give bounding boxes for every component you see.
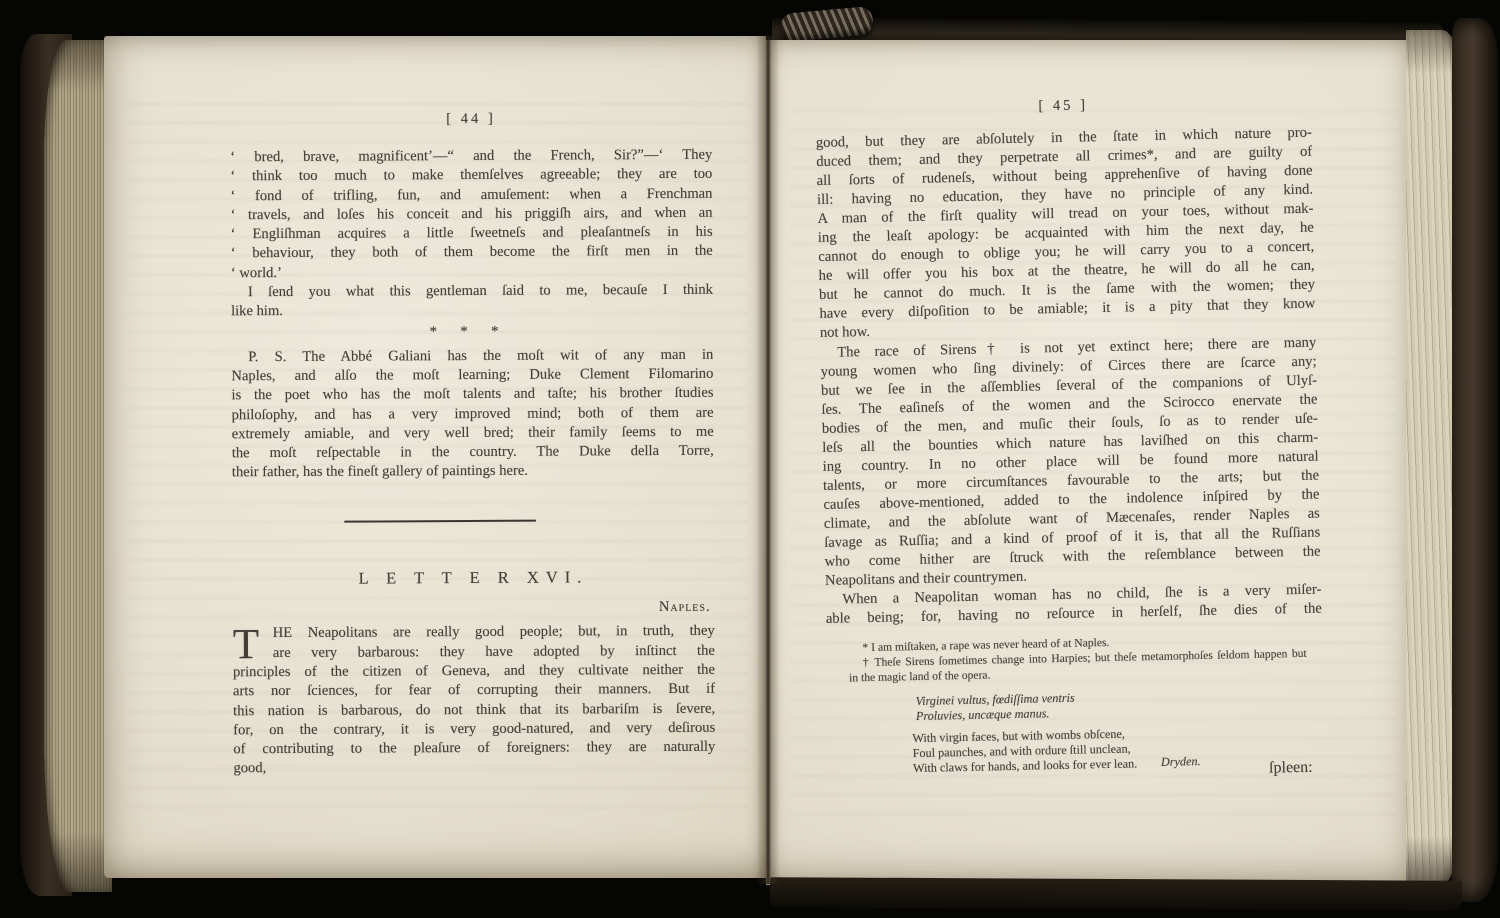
left-page-text: [ 44 ] ‘ bred, brave, magnificent’—“ and…	[230, 109, 715, 779]
text-line: this nation is barbarous, do not think t…	[233, 699, 715, 721]
text-line: for, on the contrary, it is very good-na…	[233, 719, 715, 741]
text-line: their father, has the fineſt gallery of …	[232, 461, 714, 483]
right-page-text: [ 45 ] good, but they are abſolutely in …	[815, 90, 1325, 778]
text-line: arts nor ſciences, for fear of corruptin…	[233, 680, 715, 702]
quoted-speech-paragraph: ‘ bred, brave, magnificent’—“ and the Fr…	[230, 146, 713, 322]
section-rule	[344, 519, 536, 522]
text-line: principles of the citizen of Geneva, and…	[233, 661, 715, 683]
text-line: P. S. The Abbé Galiani has the moſt wit …	[231, 345, 713, 367]
dateline-naples: Naples.	[233, 598, 715, 620]
latin-verse: Virginei vultus, fœdiſſima ventrisProluv…	[915, 685, 1324, 724]
text-line: ‘ bred, brave, magnificent’—“ and the Fr…	[230, 146, 712, 168]
right-cover-edge	[1452, 18, 1498, 902]
page-number-left: [ 44 ]	[230, 109, 712, 134]
letter-body-paragraphs: good, but they are abſolutely in the ſta…	[816, 124, 1322, 629]
text-line: philoſophy, and has a very improved mind…	[232, 403, 714, 425]
text-line: ‘ fond of trifling, fun, and amuſement: …	[230, 184, 712, 206]
letter-opening-paragraph: T HE Neapolitans are really good people;…	[233, 622, 716, 760]
text-line: of contributing to the pleaſure of forei…	[233, 738, 715, 760]
catchword-right: ſpleen:	[1269, 758, 1313, 778]
text-line: are very barbarous: they have adopted by…	[233, 641, 715, 663]
book-gutter	[756, 36, 780, 884]
left-fore-edge-page-stack	[44, 40, 112, 892]
verse-attribution: Dryden.	[1161, 754, 1201, 770]
text-line: ‘ Engliſhman acquires a little ſweetneſs…	[231, 223, 713, 245]
text-line: ‘ travels, and loſes his conceit and his…	[231, 204, 713, 226]
open-book-photograph: [ 44 ] ‘ bred, brave, magnificent’—“ and…	[0, 0, 1500, 918]
bottom-book-edge	[770, 877, 1462, 911]
asterisk-divider: * * *	[215, 321, 713, 344]
english-verse: With virgin faces, but with wombs obſcen…	[912, 723, 1293, 777]
text-line: the moſt reſpectable in the country. The…	[232, 442, 714, 464]
text-line: ‘ world.’	[231, 262, 713, 284]
postscript-paragraph: P. S. The Abbé Galiani has the moſt wit …	[231, 345, 714, 483]
text-line: like him.	[231, 300, 713, 322]
text-line: ‘ behaviour, they both of them become th…	[231, 242, 713, 264]
footnotes: * I am miſtaken, a rape was never heard …	[848, 631, 1307, 686]
text-line: extremely amiable, and very well bred; t…	[232, 423, 714, 445]
text-line: Naples, and alſo the moſt learning; Duke…	[231, 365, 713, 387]
text-line: ‘ think too much to make themſelves agre…	[230, 165, 712, 187]
catchword-left: good,	[233, 757, 715, 779]
text-line: HE Neapolitans are really good people; b…	[233, 622, 715, 644]
text-line: is the poet who has the moſt talents and…	[231, 384, 713, 406]
letter-heading: L E T T E R XVI.	[232, 566, 714, 588]
text-line: I ſend you what this gentleman ſaid to m…	[231, 281, 713, 303]
drop-cap-initial: T	[233, 625, 259, 665]
